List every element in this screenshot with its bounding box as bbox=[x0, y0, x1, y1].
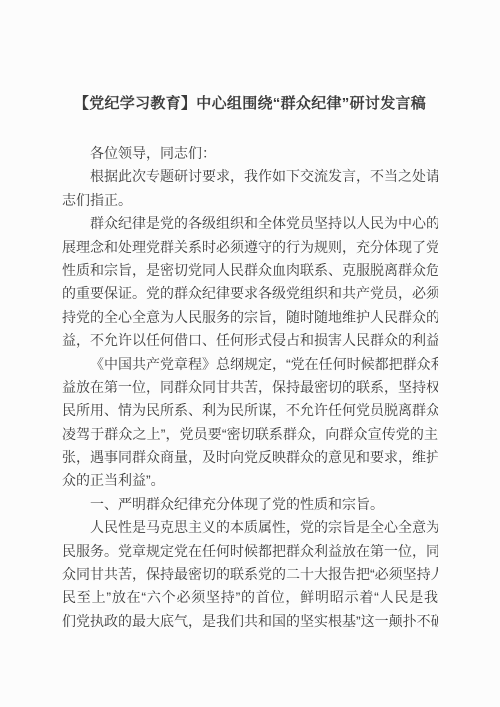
text-line: 众的正当利益”。 bbox=[62, 469, 438, 492]
text-line: 一、严明群众纪律充分体现了党的性质和宗旨。 bbox=[62, 493, 438, 516]
text-line: 们党执政的最大底气，是我们共和国的坚实根基”这一颠扑不破 bbox=[62, 610, 438, 633]
text-line: 群众纪律是党的各级组织和全体党员坚持以人民为中心的发 bbox=[62, 212, 438, 235]
text-line: 民所用、情为民所系、利为民所谋，不允许任何党员脱离群众， bbox=[62, 399, 438, 422]
text-line: 的重要保证。党的群众纪律要求各级党组织和共产党员，必须坚 bbox=[62, 282, 438, 305]
text-line: 根据此次专题研讨要求，我作如下交流发言，不当之处请同 bbox=[62, 165, 438, 188]
paragraph-discipline-definition: 群众纪律是党的各级组织和全体党员坚持以人民为中心的发展理念和处理党群关系时必须遵… bbox=[62, 212, 438, 352]
text-line: 众同甘共苦，保持最密切的联系党的二十大报告把“必须坚持人 bbox=[62, 563, 438, 586]
paragraph-section-one-heading: 一、严明群众纪律充分体现了党的性质和宗旨。 bbox=[62, 493, 438, 516]
text-line: 人民性是马克思主义的本质属性，党的宗旨是全心全意为人 bbox=[62, 516, 438, 539]
text-line: 展理念和处理党群关系时必须遵守的行为规则，充分体现了党的 bbox=[62, 236, 438, 259]
paragraph-salutation: 各位领导，同志们： bbox=[62, 142, 438, 165]
text-line: 《中国共产党章程》总纲规定，“党在任何时候都把群众利 bbox=[62, 353, 438, 376]
text-line: 各位领导，同志们： bbox=[62, 142, 438, 165]
text-line: 民服务。党章规定党在任何时候都把群众利益放在第一位，同群 bbox=[62, 540, 438, 563]
document-page: 【党纪学习教育】中心组围绕“群众纪律”研讨发言稿 各位领导，同志们：根据此次专题… bbox=[0, 0, 500, 707]
text-line: 持党的全心全意为人民服务的宗旨，随时随地维护人民群众的利 bbox=[62, 306, 438, 329]
paragraph-section-one-body: 人民性是马克思主义的本质属性，党的宗旨是全心全意为人民服务。党章规定党在任何时候… bbox=[62, 516, 438, 633]
text-line: 凌驾于群众之上”，党员要“密切联系群众，向群众宣传党的主 bbox=[62, 423, 438, 446]
text-line: 益，不允许以任何借口、任何形式侵占和损害人民群众的利益。 bbox=[62, 329, 438, 352]
paragraph-party-constitution-quote: 《中国共产党章程》总纲规定，“党在任何时候都把群众利益放在第一位，同群众同甘共苦… bbox=[62, 353, 438, 493]
text-line: 志们指正。 bbox=[62, 189, 438, 212]
text-line: 张，遇事同群众商量，及时向党反映群众的意见和要求，维护群 bbox=[62, 446, 438, 469]
document-title: 【党纪学习教育】中心组围绕“群众纪律”研讨发言稿 bbox=[62, 95, 438, 113]
text-line: 益放在第一位，同群众同甘共苦，保持最密切的联系，坚持权为 bbox=[62, 376, 438, 399]
text-line: 民至上”放在“六个必须坚持”的首位，鲜明昭示着“人民是我 bbox=[62, 586, 438, 609]
text-line: 性质和宗旨，是密切党同人民群众血肉联系、克服脱离群众危险 bbox=[62, 259, 438, 282]
document-body: 各位领导，同志们：根据此次专题研讨要求，我作如下交流发言，不当之处请同志们指正。… bbox=[62, 142, 438, 633]
paragraph-intro: 根据此次专题研讨要求，我作如下交流发言，不当之处请同志们指正。 bbox=[62, 165, 438, 212]
